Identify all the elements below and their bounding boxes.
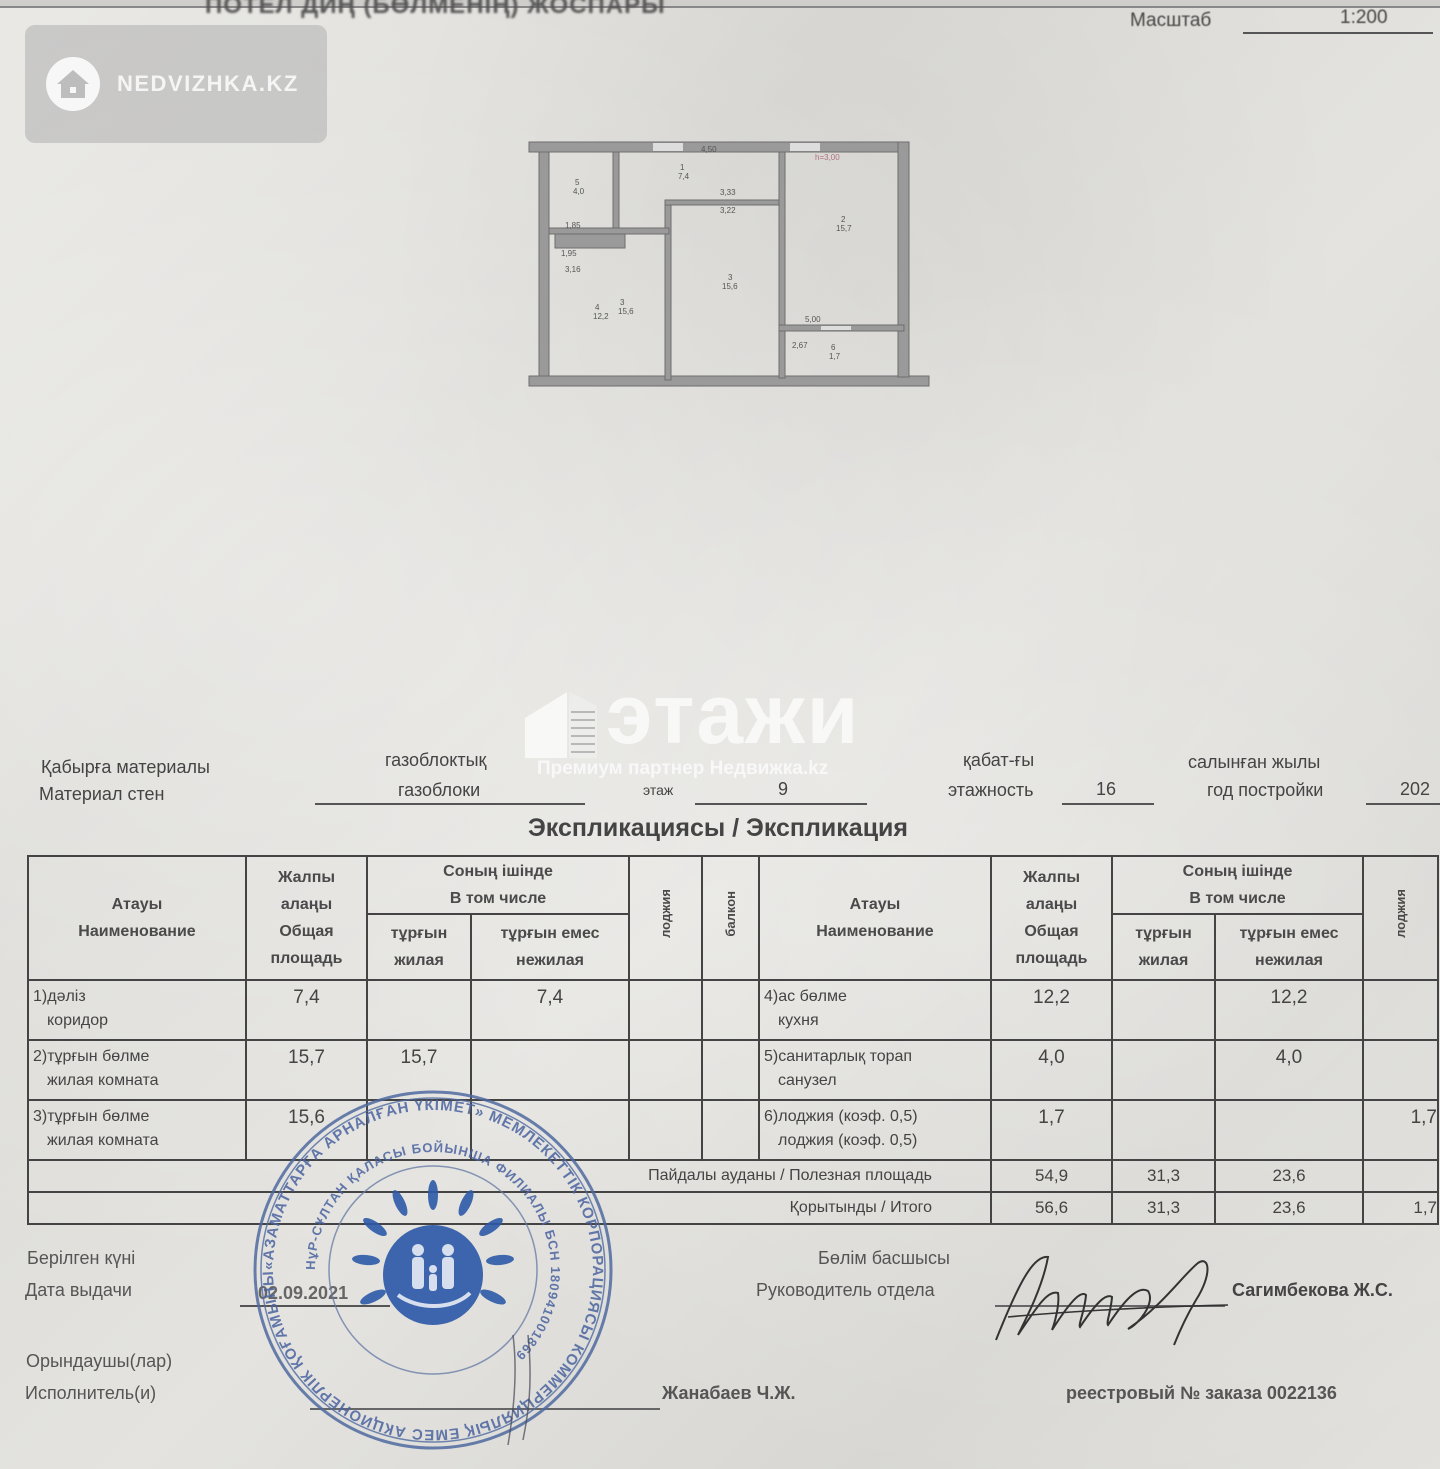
- explication-table: АтауыНаименование ЖалпыалаңыОбщаяплощадь…: [27, 855, 1439, 1225]
- table-row: 2)тұрғын бөлмежилая комната 15,7 15,7 5)…: [28, 1040, 1438, 1100]
- svg-text:12,2: 12,2: [593, 312, 609, 321]
- svg-text:2: 2: [841, 215, 846, 224]
- wall-material-label-kz: Қабырға материалы: [41, 757, 210, 778]
- col-living-header-2: тұрғынжилая: [1112, 914, 1215, 980]
- head-label-kz: Бөлім басшысы: [818, 1248, 950, 1269]
- watermark-title: этажи: [606, 666, 860, 763]
- room-5-area: 4,0: [573, 187, 585, 196]
- col-name-header: АтауыНаименование: [28, 856, 246, 980]
- table-row: 3)тұрғын бөлмежилая комната 15,6 6)лоджи…: [28, 1100, 1438, 1160]
- svg-text:3,16: 3,16: [565, 265, 581, 274]
- col-living-header: тұрғынжилая: [367, 914, 471, 980]
- svg-text:1: 1: [680, 163, 685, 172]
- col-nonliving-header: тұрғын емеснежилая: [471, 914, 629, 980]
- col-nonliving-header-2: тұрғын емеснежилая: [1215, 914, 1363, 980]
- etazhi-watermark: этажи Премиум партнер Недвижка.kz: [520, 678, 940, 788]
- order-number: реестровый № заказа 0022136: [1066, 1383, 1337, 1404]
- executor-label-ru: Исполнитель(и): [25, 1383, 156, 1404]
- issue-date-label-kz: Берілген күні: [27, 1248, 135, 1269]
- floors-value: 16: [1096, 779, 1116, 800]
- grand-total-row: Қорытынды / Итого 56,6 31,3 23,6 1,7: [28, 1192, 1438, 1224]
- useful-area-row: Пайдалы ауданы / Полезная площадь 54,9 3…: [28, 1160, 1438, 1192]
- svg-text:h=3,00: h=3,00: [815, 153, 840, 162]
- house-icon: [46, 57, 100, 111]
- floor-value: 9: [778, 779, 788, 800]
- svg-text:1,95: 1,95: [561, 249, 577, 258]
- wall-material-value-kz: газоблоктық: [385, 750, 486, 771]
- executor-label-kz: Орындаушы(лар): [26, 1351, 172, 1372]
- head-name: Сагимбекова Ж.С.: [1232, 1280, 1393, 1301]
- executor-name: Жанабаев Ч.Ж.: [662, 1383, 796, 1404]
- col-total-header: ЖалпыалаңыОбщаяплощадь: [246, 856, 367, 980]
- scale-value: 1:200: [1340, 7, 1388, 29]
- head-label-ru: Руководитель отдела: [756, 1280, 935, 1301]
- col-balcony-header: балкон: [702, 856, 759, 980]
- head-signature: [988, 1245, 1238, 1360]
- year-label-ru: год постройки: [1207, 780, 1323, 801]
- col-incl-header-2: Соның ішіндеВ том числе: [1112, 856, 1363, 914]
- document-title-cut: ПОТЕЛ ДИҢ (БӨЛМЕНІҢ) ЖОСПАРЫ: [205, 0, 666, 20]
- issue-date-label-ru: Дата выдачи: [25, 1280, 132, 1301]
- svg-text:4: 4: [595, 303, 600, 312]
- official-stamp: «АЗАМАТТАРҒА АРНАЛҒАН ҮКІМЕТ» МЕМЛЕКЕТТІ…: [248, 1085, 618, 1455]
- svg-text:6: 6: [831, 343, 836, 352]
- col-name-header-2: АтауыНаименование: [759, 856, 991, 980]
- svg-text:1,7: 1,7: [829, 352, 841, 361]
- col-loggia-header: лоджия: [629, 856, 702, 980]
- floor-underline: [695, 803, 867, 805]
- floor-plan: 5 4,0 1 7,4 3 15,6 4 12,2 3 15,6 2 15,7 …: [525, 130, 935, 390]
- year-value: 202: [1400, 779, 1430, 800]
- wall-material-value-ru: газоблоки: [398, 780, 480, 801]
- year-underline: [1366, 803, 1440, 805]
- year-label-kz: салынған жылы: [1188, 752, 1320, 773]
- svg-text:3: 3: [728, 273, 733, 282]
- brand-name: NEDVIZHKA.KZ: [117, 71, 299, 97]
- col-incl-header: Соның ішіндеВ том числе: [367, 856, 629, 914]
- svg-text:1,85: 1,85: [565, 221, 581, 230]
- svg-text:3: 3: [620, 298, 625, 307]
- svg-text:3,33: 3,33: [720, 188, 736, 197]
- table-row: 1)дәлізкоридор 7,4 7,4 4)ас бөлмекухня 1…: [28, 980, 1438, 1040]
- watermark-subtitle: Премиум партнер Недвижка.kz: [537, 758, 828, 780]
- floors-label-kz: қабат-ғы: [963, 750, 1034, 771]
- scale-label: Масштаб: [1130, 10, 1211, 32]
- svg-text:15,6: 15,6: [722, 282, 738, 291]
- wall-material-label-ru: Материал стен: [39, 784, 164, 805]
- building-icon: [523, 688, 599, 760]
- explication-title: Экспликациясы / Экспликация: [528, 814, 908, 843]
- floor-label: этаж: [643, 782, 673, 798]
- col-total-header-2: ЖалпыалаңыОбщаяплощадь: [991, 856, 1112, 980]
- svg-text:3,22: 3,22: [720, 206, 736, 215]
- svg-text:4,50: 4,50: [701, 145, 717, 154]
- room-5-label: 5: [575, 178, 580, 187]
- svg-text:15,6: 15,6: [618, 307, 634, 316]
- floors-label-ru: этажность: [948, 780, 1033, 801]
- svg-text:15,7: 15,7: [836, 224, 852, 233]
- svg-text:7,4: 7,4: [678, 172, 690, 181]
- floors-underline: [1062, 803, 1154, 805]
- scale-underline: [1243, 32, 1433, 34]
- wall-material-underline: [315, 803, 585, 805]
- svg-text:5,00: 5,00: [805, 315, 821, 324]
- svg-text:2,67: 2,67: [792, 341, 808, 350]
- col-loggia-header-2: лоджия: [1363, 856, 1438, 980]
- nedvizhka-brand-badge[interactable]: NEDVIZHKA.KZ: [25, 25, 327, 143]
